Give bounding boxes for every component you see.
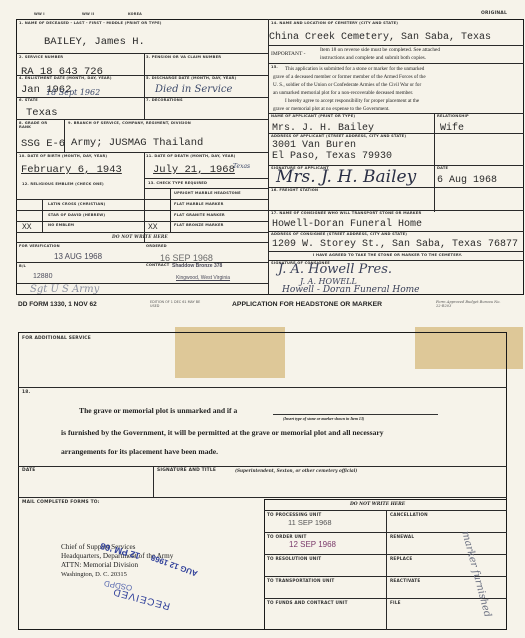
divider (268, 251, 524, 252)
consignee-company: Howell - Doran Funeral Home (282, 285, 419, 295)
additional-service-label: FOR ADDITIONAL SERVICE (22, 337, 91, 341)
paragraph-line: grave or memorial plot at no expense to … (273, 105, 523, 113)
cemetery-value: China Creek Cemetery, San Saba, Texas (269, 33, 491, 43)
divider (16, 242, 268, 243)
important-text-1: Item 18 on reverse side must be complete… (320, 47, 440, 53)
state-value: Texas (26, 108, 58, 119)
original-label: ORIGINAL (481, 12, 507, 17)
divider (153, 466, 154, 497)
divider (18, 466, 507, 467)
verification-stamp: 13 AUG 1968 (54, 253, 102, 261)
item8-label: 8. GRADE OR RANK (19, 122, 57, 129)
office-row-file: FILE (390, 601, 401, 605)
item9-label: 9. BRANCH OF SERVICE, COMPANY, REGIMENT,… (68, 122, 191, 126)
divider (144, 210, 268, 211)
consignee-address-value: 1209 W. Storey St., San Saba, Texas 7687… (272, 240, 518, 250)
consignee-address-label: ADDRESS OF CONSIGNEE (Street address, Ci… (271, 233, 407, 237)
divider (170, 188, 171, 232)
mail-line: Washington, D. C. 20315 (61, 570, 173, 579)
divider (16, 262, 268, 263)
divider (386, 510, 387, 630)
date-value: 6 Aug 1968 (437, 176, 497, 186)
relationship-label: RELATIONSHIP (437, 115, 469, 119)
verification-label: FOR VERIFICATION (19, 245, 60, 249)
office-row-transportation: TO TRANSPORTATION UNIT (267, 579, 334, 583)
type-option-upright-marble[interactable]: UPRIGHT MARBLE HEADSTONE (174, 192, 241, 196)
do-not-write-here-reverse: DO NOT WRITE HERE (350, 502, 405, 507)
deceased-name: BAILEY, James H. (44, 37, 145, 48)
item14-label: 14. NAME AND LOCATION OF CEMETERY (City … (271, 22, 398, 26)
stone-type-blank[interactable] (273, 414, 438, 415)
contract-label: CONTRACT (146, 264, 169, 268)
item18-label: 18. (22, 391, 30, 395)
divider (64, 119, 65, 152)
form-number: DD FORM 1330, 1 NOV 62 (18, 301, 97, 308)
consignee-value: Howell-Doran Funeral Home (272, 220, 422, 230)
mail-to-label: MAIL COMPLETED FORMS TO: (22, 501, 100, 505)
divider (16, 119, 268, 120)
sig-title-label: SIGNATURE AND TITLE (157, 469, 216, 473)
budget-bureau: Form Approved Budget Bureau No. 22-R203 (436, 300, 506, 308)
divider (268, 63, 524, 64)
enlistment-handwritten: 18 Sept 1962 (46, 88, 100, 97)
divider (268, 45, 524, 46)
divider (16, 199, 144, 200)
item17-label: 17. NAME OF CONSIGNEE WHO WILL TRANSPORT… (271, 212, 421, 216)
type-mark: XX (148, 224, 158, 232)
office-row-resolution: TO RESOLUTION UNIT (267, 557, 321, 561)
office-row-renewal: RENEWAL (390, 535, 414, 539)
branch-value: Army; JUSMAG Thailand (71, 138, 203, 149)
item18-line2: is furnished by the Government, it will … (61, 428, 384, 437)
divider (144, 152, 145, 242)
agree-statement: I HAVE AGREED TO TAKE THE STONE OR MARKE… (313, 254, 462, 258)
address-line1: 3001 Van Buren (272, 141, 356, 151)
item18-line3: arrangements for its placement have been… (61, 447, 218, 456)
paragraph-line: U. S., soldier of the Union or Confedera… (273, 81, 523, 89)
item15-paragraph: This application is submitted for a ston… (273, 65, 523, 113)
handwritten-note: Sgt U S Army (30, 284, 99, 295)
important-text-2: instructions and complete and submit bot… (320, 55, 426, 61)
death-date: July 21, 1968 (153, 165, 235, 176)
address-label: ADDRESS OF APPLICANT (Street address, Ci… (271, 135, 406, 139)
address-line2: El Paso, Texas 79930 (272, 152, 392, 162)
form-title: APPLICATION FOR HEADSTONE OR MARKER (232, 301, 382, 308)
item4-label: 4. ENLISTMENT DATE (Month, day, year) (19, 77, 112, 81)
item16-label: 16. FREIGHT STATION (271, 189, 318, 193)
emblem-option-star-of-david[interactable]: STAR OF DAVID (Hebrew) (48, 214, 105, 218)
divider (144, 221, 268, 222)
edition-note: EDITION OF 1 DEC 61 MAY BE USED (150, 300, 208, 308)
type-option-flat-bronze[interactable]: FLAT BRONZE MARKER (174, 224, 224, 228)
emblem-mark: XX (22, 224, 32, 232)
item5-label: 5. DISCHARGE DATE (Month, day, year) (146, 77, 236, 81)
insert-hint: (Insert type of stone or marker shown in… (283, 416, 364, 421)
divider (18, 497, 507, 498)
divider (144, 178, 268, 179)
processing-stamp: 11 SEP 1968 (288, 519, 332, 527)
war-label-korea: KOREA (128, 13, 142, 16)
office-row-reactivate: REACTIVATE (390, 579, 420, 583)
item7-label: 7. DECORATIONS (146, 99, 183, 103)
item6-label: 6. STATE (19, 99, 38, 103)
office-row-funds: TO FUNDS AND CONTRACT UNIT (267, 601, 348, 605)
office-row-replace: REPLACE (390, 557, 412, 561)
order-stamp: 12 SEP 1968 (289, 541, 336, 549)
item3-label: 3. PENSION OR VA CLAIM NUMBER (146, 56, 221, 60)
death-handwritten: Texas (233, 163, 250, 170)
divider (434, 113, 435, 212)
divider (16, 53, 268, 54)
item2-label: 2. SERVICE NUMBER (19, 56, 63, 60)
divider (16, 152, 268, 153)
bl-value: 12880 (33, 273, 52, 280)
emblem-option-latin-cross[interactable]: LATIN CROSS (Christian) (48, 203, 105, 207)
paragraph-line: I hereby agree to accept responsibility … (273, 97, 523, 105)
type-option-flat-marble[interactable]: FLAT MARBLE MARKER (174, 203, 224, 207)
date-label: DATE (437, 167, 448, 171)
applicant-label: NAME OF APPLICANT (Print or Type) (271, 115, 355, 119)
consignee-signature: J. A. Howell Pres. (278, 262, 392, 277)
item13-label: 13. CHECK TYPE REQUIRED (148, 182, 207, 186)
office-row-order: TO ORDER UNIT (267, 535, 307, 539)
divider (16, 97, 268, 98)
divider (16, 221, 144, 222)
discharge-handwritten: Died in Service (155, 84, 232, 95)
divider (42, 199, 43, 232)
divider (16, 232, 268, 233)
paragraph-line: an unmarked memorial plot for a non-reco… (273, 89, 523, 97)
office-row-processing: TO PROCESSING UNIT (267, 513, 321, 517)
type-option-flat-granite[interactable]: FLAT GRANITE MARKER (174, 214, 225, 218)
item10-label: 10. DATE OF BIRTH (Month, day, year) (19, 155, 107, 159)
emblem-option-no-emblem[interactable]: NO EMBLEM (48, 224, 74, 228)
applicant-signature: Mrs. J. H. Bailey (276, 167, 416, 187)
ordered-label: ORDERED (146, 245, 167, 249)
contract-line1: Shaddow Bronze 378 (172, 264, 222, 269)
center-divider (268, 19, 269, 295)
divider (144, 188, 268, 189)
item11-label: 11. DATE OF DEATH (Month, day, year) (146, 155, 236, 159)
office-row-cancellation: CANCELLATION (390, 513, 428, 517)
do-not-write-here-front: DO NOT WRITE HERE (112, 235, 168, 239)
important-label: IMPORTANT - (271, 51, 305, 57)
document-page: WW I WW II KOREA ORIGINAL 1. NAME OF DEC… (0, 0, 525, 638)
item18-line1: The grave or memorial plot is unmarked a… (79, 406, 237, 415)
divider (144, 199, 268, 200)
paragraph-line: This application is submitted for a ston… (273, 65, 523, 73)
bl-label: B/L (19, 265, 26, 269)
contract-line2: Kingwood, West Virginia (176, 276, 230, 281)
war-label-ww2: WW II (82, 13, 94, 16)
divider (16, 210, 144, 211)
sig-title-hint: (Superintendent, Sexton, or other cemete… (235, 468, 357, 473)
war-label-ww1: WW I (34, 13, 45, 16)
birth-date: February 6, 1943 (21, 165, 122, 176)
item12-label: 12. RELIGIOUS EMBLEM (Check one) (22, 183, 104, 187)
item1-label: 1. NAME OF DECEASED - LAST - FIRST - MID… (19, 22, 162, 26)
divider (18, 387, 507, 388)
divider (264, 598, 507, 599)
divider (144, 97, 145, 119)
date-official-label: DATE (22, 469, 36, 473)
paragraph-line: grave of a deceased member or former mem… (273, 73, 523, 81)
grade-value: SSG E-6 (21, 139, 65, 150)
